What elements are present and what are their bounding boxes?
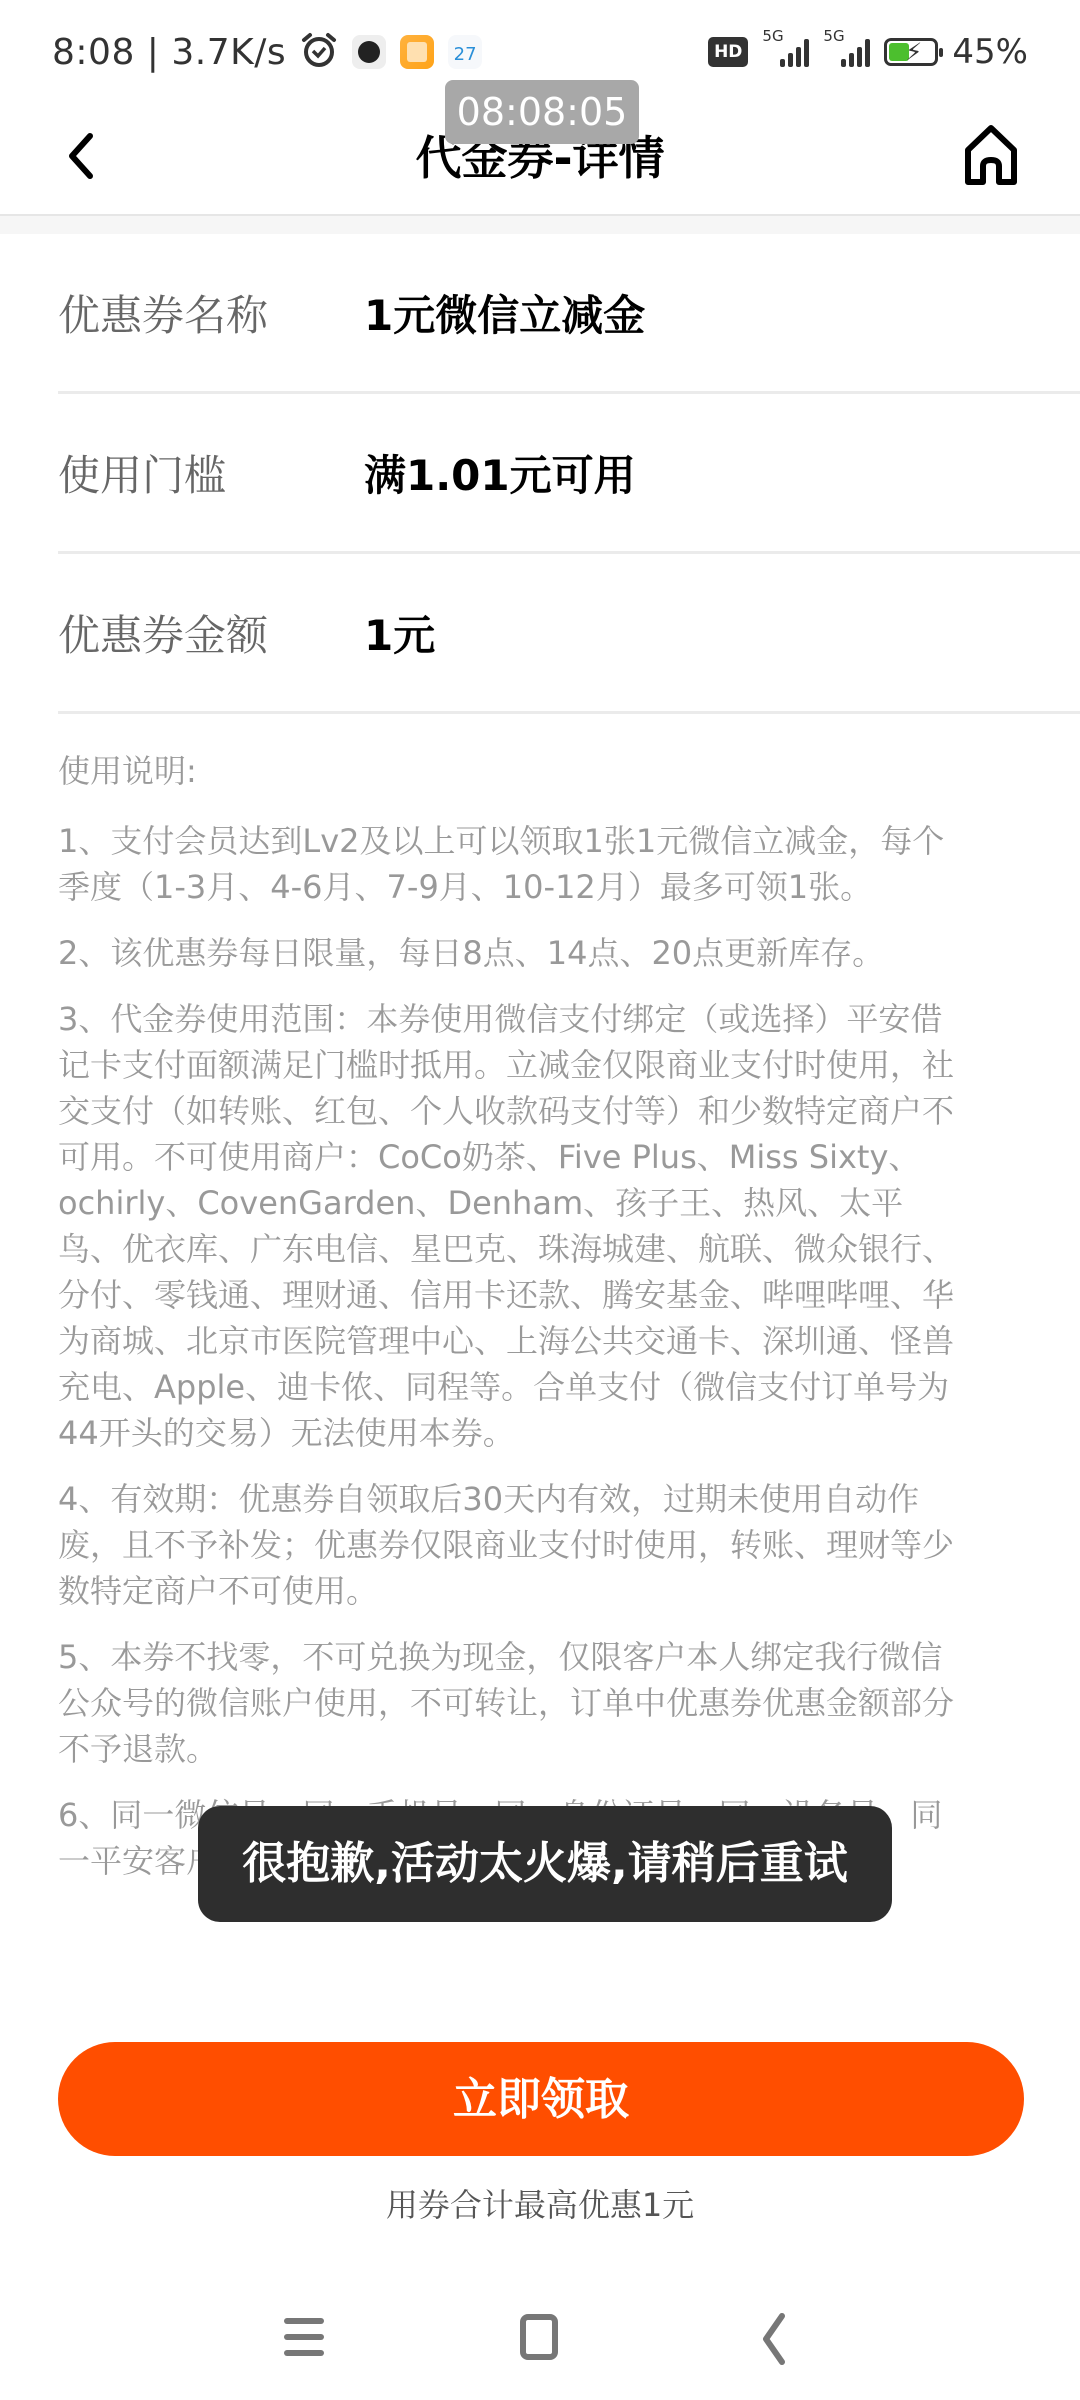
battery-percent: 45%: [952, 32, 1028, 72]
home-square-icon[interactable]: [520, 2314, 558, 2360]
signal-sim1-icon: 5G: [762, 37, 809, 67]
info-row-coupon-name: 优惠券名称 1元微信立减金: [58, 234, 1080, 394]
discount-summary: 用券合计最高优惠1元: [0, 2180, 1080, 2226]
info-value: 满1.01元可用: [364, 443, 636, 503]
info-row-threshold: 使用门槛 满1.01元可用: [58, 394, 1080, 554]
claim-now-button[interactable]: 立即领取: [58, 2042, 1024, 2156]
floating-clock: 08:08:05: [445, 80, 639, 144]
back-icon[interactable]: [754, 2312, 794, 2366]
system-nav-bar: [0, 2290, 1080, 2400]
usage-instructions: 使用说明: 1、支付会员达到Lv2及以上可以领取1张1元微信立减金，每个季度（1…: [58, 748, 958, 1904]
alarm-icon: [300, 31, 338, 73]
header-divider-band: [0, 216, 1080, 234]
notes-app-icon: [400, 35, 434, 69]
calendar-app-icon: 27: [448, 35, 482, 69]
home-icon: [958, 124, 1024, 188]
info-value: 1元: [364, 603, 435, 663]
error-toast: 很抱歉,活动太火爆,请稍后重试: [198, 1806, 892, 1922]
hd-voice-badge: HD: [708, 37, 748, 67]
battery-charging-icon: ⚡: [884, 38, 938, 66]
instruction-item: 1、支付会员达到Lv2及以上可以领取1张1元微信立减金，每个季度（1-3月、4-…: [58, 818, 958, 910]
info-value: 1元微信立减金: [364, 283, 645, 343]
clock-app-icon: [352, 35, 386, 69]
info-row-amount: 优惠券金额 1元: [58, 554, 1080, 714]
instruction-item: 2、该优惠券每日限量，每日8点、14点、20点更新库存。: [58, 930, 958, 976]
signal-sim2-icon: 5G: [823, 37, 870, 67]
home-button[interactable]: [958, 124, 1024, 188]
coupon-info: 优惠券名称 1元微信立减金 使用门槛 满1.01元可用 优惠券金额 1元: [58, 234, 1080, 714]
info-label: 使用门槛: [58, 443, 364, 503]
status-time-speed: 8:08 | 3.7K/s: [52, 32, 286, 73]
info-label: 优惠券金额: [58, 603, 364, 663]
instruction-item: 5、本券不找零，不可兑换为现金，仅限客户本人绑定我行微信公众号的微信账户使用，不…: [58, 1634, 958, 1772]
instructions-heading: 使用说明:: [58, 748, 958, 794]
menu-icon[interactable]: [284, 2318, 324, 2360]
instruction-item: 4、有效期：优惠券自领取后30天内有效，过期未使用自动作废，且不予补发；优惠券仅…: [58, 1476, 958, 1614]
info-label: 优惠券名称: [58, 283, 364, 343]
instruction-item: 3、代金券使用范围：本券使用微信支付绑定（或选择）平安借记卡支付面额满足门槛时抵…: [58, 996, 958, 1456]
